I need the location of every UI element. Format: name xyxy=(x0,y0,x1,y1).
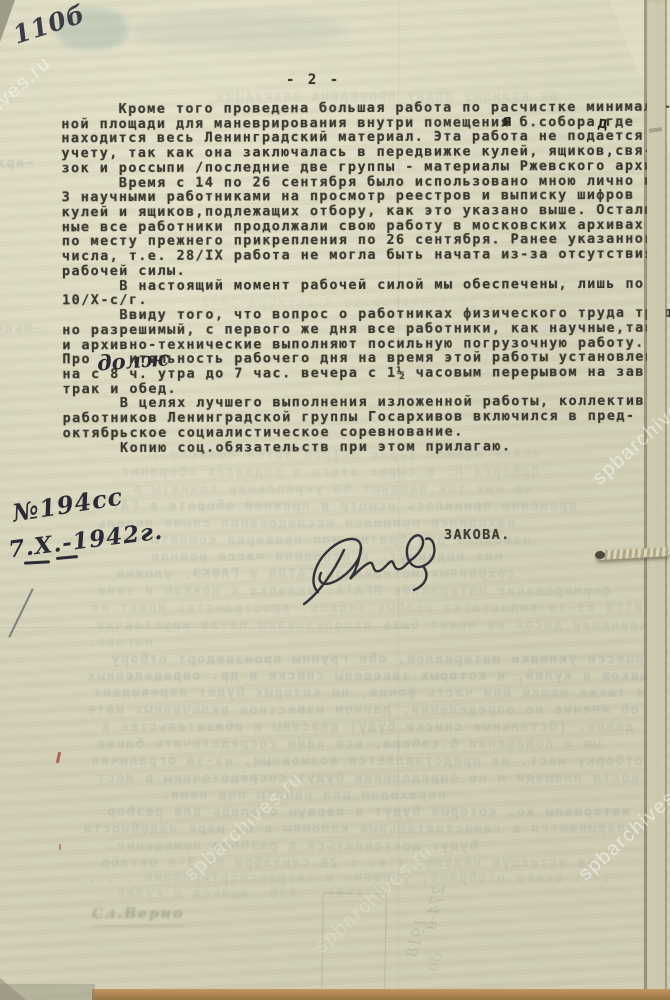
bleedthrough-line: об мнение по определении, данном известн… xyxy=(86,702,639,718)
verso-certification-ghost: Сл.Верно xyxy=(92,906,184,927)
bleedthrough-line: За истекшую неделю, т.е. с 28 сентября п… xyxy=(100,855,595,871)
bleedthrough-line: Поборка Л. в сырах этого в подвалах обор… xyxy=(120,464,539,480)
signature-ink xyxy=(300,514,450,609)
signature-upstroke xyxy=(304,550,344,604)
bleedthrough-line: В процессе укладки материалов, обе групп… xyxy=(110,651,670,667)
bleedthrough-line: ым и помещении б.собора, все нами сосред… xyxy=(96,736,601,752)
handwritten-correction-ya: я xyxy=(502,111,512,130)
bleedthrough-line: но них так.ланеных ба укрепление комнаты… xyxy=(132,481,532,497)
handwritten-insert-word: долж xyxy=(96,346,169,376)
scanned-document-page: ОВ ЕДИНОМУ ПЛАНУ ПРОВЕДЕНА ЭВАКУАЦИЯс 28… xyxy=(0,0,670,1000)
typed-text-block: Кроме того проведена большая работа по р… xyxy=(61,100,670,456)
bleedthrough-line: —архж xyxy=(0,155,34,171)
bleedthrough-line: материалы же, которые будут в первую оче… xyxy=(106,804,630,820)
typed-line: Копию соц.обязательств при этом прилагаю… xyxy=(63,438,670,455)
bleedthrough-line: хранении досок не может быть использован… xyxy=(95,617,648,633)
bleedthrough-line: нагоре. xyxy=(86,634,153,650)
bleedthrough-line: —ньксе xyxy=(0,320,41,336)
page-number: - 2 - xyxy=(286,72,341,88)
bleedthrough-line: ности площади и по определении будут сос… xyxy=(96,770,639,786)
bleedthrough-line: с/г. всего отобрано, уложено и затранспо… xyxy=(86,870,610,886)
bleedthrough-line: временно принялось осмотр в прежней обор… xyxy=(110,498,577,514)
bleedthrough-line: складываются в самостоятельные колонны и… xyxy=(82,821,644,837)
bottom-page-edge xyxy=(92,989,670,1000)
bleedthrough-line: а также мешки или часть фонда, но которы… xyxy=(92,685,645,701)
bleedthrough-line: далее. (Остальные списки будут внесены в… xyxy=(100,719,634,735)
bleedthrough-line: отборку мест, не представляется возможны… xyxy=(90,753,643,769)
stamp-bleed-patch-2 xyxy=(132,12,344,48)
red-pencil-dot xyxy=(59,844,61,850)
bleedthrough-line: ящиков и кулей, к которых заведены списк… xyxy=(86,668,658,684)
right-edge-line xyxy=(665,0,667,1000)
typed-signature-name: ЗАКОВА. xyxy=(444,527,511,543)
right-page-edge-strip xyxy=(647,0,666,1000)
